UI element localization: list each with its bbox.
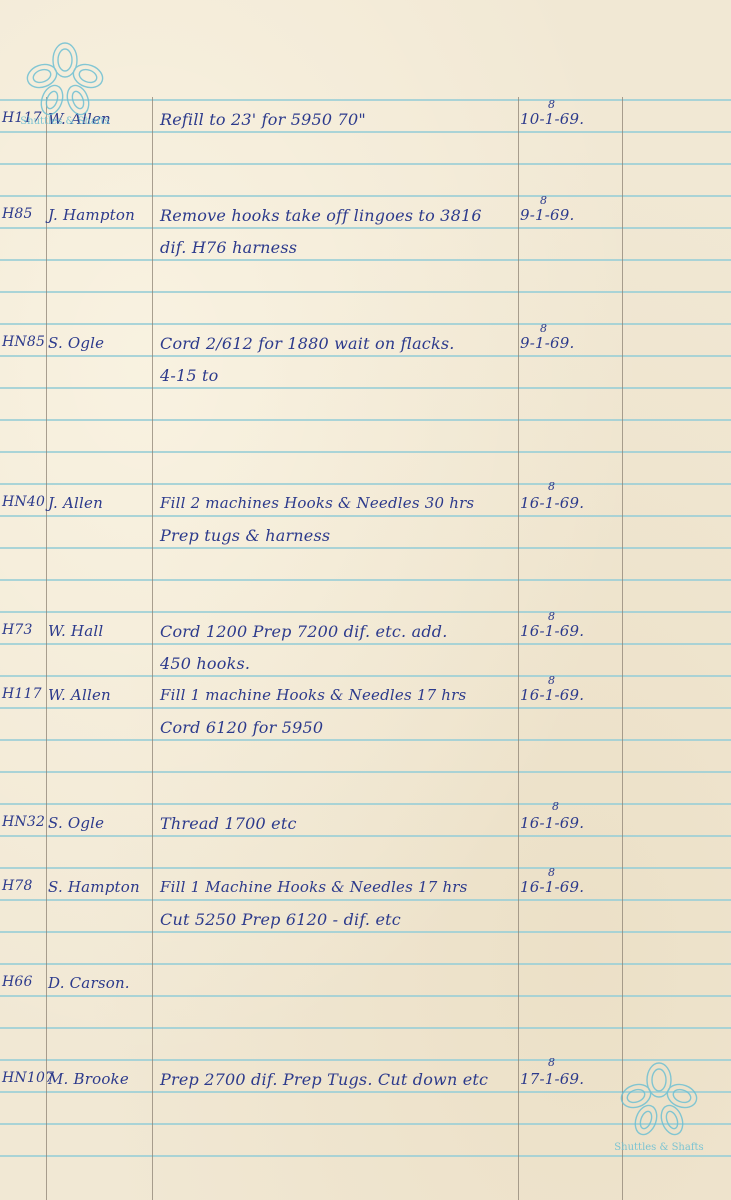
worker-name: W. Hall	[48, 622, 103, 640]
work-description-continued: 4-15 to	[160, 366, 219, 385]
entry-date: 9-1-69.	[520, 334, 574, 352]
ledger-page: H117 W. Allen Refill to 23' for 5950 70"…	[0, 0, 731, 1200]
work-description-continued: Prep tugs & harness	[160, 526, 330, 545]
work-description: Fill 1 machine Hooks & Needles 17 hrs	[160, 686, 466, 704]
entry-date: 16-1-69.	[520, 878, 584, 896]
column-divider	[518, 97, 519, 1200]
work-description-continued: Cut 5250 Prep 6120 - dif. etc	[160, 910, 401, 929]
work-description-continued: dif. H76 harness	[160, 238, 297, 257]
harness-code: HN40	[2, 494, 45, 510]
worker-name: S. Ogle	[48, 334, 104, 352]
entry-date: 16-1-69.	[520, 494, 584, 512]
work-description: Cord 2/612 for 1880 wait on flacks.	[160, 334, 455, 353]
harness-code: H85	[2, 206, 33, 222]
worker-name: S. Ogle	[48, 814, 104, 832]
harness-code: HN32	[2, 814, 45, 830]
worker-name: J. Allen	[48, 494, 103, 512]
harness-code: H78	[2, 878, 33, 894]
work-description: Remove hooks take off lingoes to 3816	[160, 206, 482, 225]
worker-name: D. Carson.	[48, 974, 130, 992]
work-description: Refill to 23' for 5950 70"	[160, 110, 366, 129]
harness-code: H117	[2, 686, 42, 702]
harness-code: H73	[2, 622, 33, 638]
entry-date: 17-1-69.	[520, 1070, 584, 1088]
entry-date: 10-1-69.	[520, 110, 584, 128]
knot-icon	[620, 1060, 698, 1140]
harness-code: H66	[2, 974, 33, 990]
watermark-text: Shuttles & Shafts	[20, 116, 110, 127]
work-description: Prep 2700 dif. Prep Tugs. Cut down etc	[160, 1070, 488, 1089]
worker-name: S. Hampton	[48, 878, 140, 896]
date-superscript: 8	[552, 800, 559, 813]
knot-icon	[26, 40, 104, 120]
column-divider	[622, 97, 623, 1200]
column-divider	[46, 97, 47, 1200]
work-description: Fill 2 machines Hooks & Needles 30 hrs	[160, 494, 474, 512]
watermark-text: Shuttles & Shafts	[614, 1142, 704, 1153]
work-description: Cord 1200 Prep 7200 dif. etc. add.	[160, 622, 448, 641]
column-divider	[152, 97, 153, 1200]
work-description-continued: 450 hooks.	[160, 654, 250, 673]
worker-name: W. Allen	[48, 686, 111, 704]
work-description: Thread 1700 etc	[160, 814, 297, 833]
work-description: Fill 1 Machine Hooks & Needles 17 hrs	[160, 878, 468, 896]
entry-date: 16-1-69.	[520, 622, 584, 640]
worker-name: M. Brooke	[48, 1070, 129, 1088]
entry-date: 16-1-69.	[520, 686, 584, 704]
entry-date: 9-1-69.	[520, 206, 574, 224]
date-superscript: 8	[548, 1056, 555, 1069]
watermark-logo: Shuttles & Shafts	[614, 1060, 704, 1153]
date-superscript: 8	[548, 480, 555, 493]
work-description-continued: Cord 6120 for 5950	[160, 718, 323, 737]
worker-name: J. Hampton	[48, 206, 135, 224]
entry-date: 16-1-69.	[520, 814, 584, 832]
harness-code: HN107	[2, 1070, 54, 1086]
harness-code: HN85	[2, 334, 45, 350]
watermark-logo: Shuttles & Shafts	[20, 40, 110, 127]
